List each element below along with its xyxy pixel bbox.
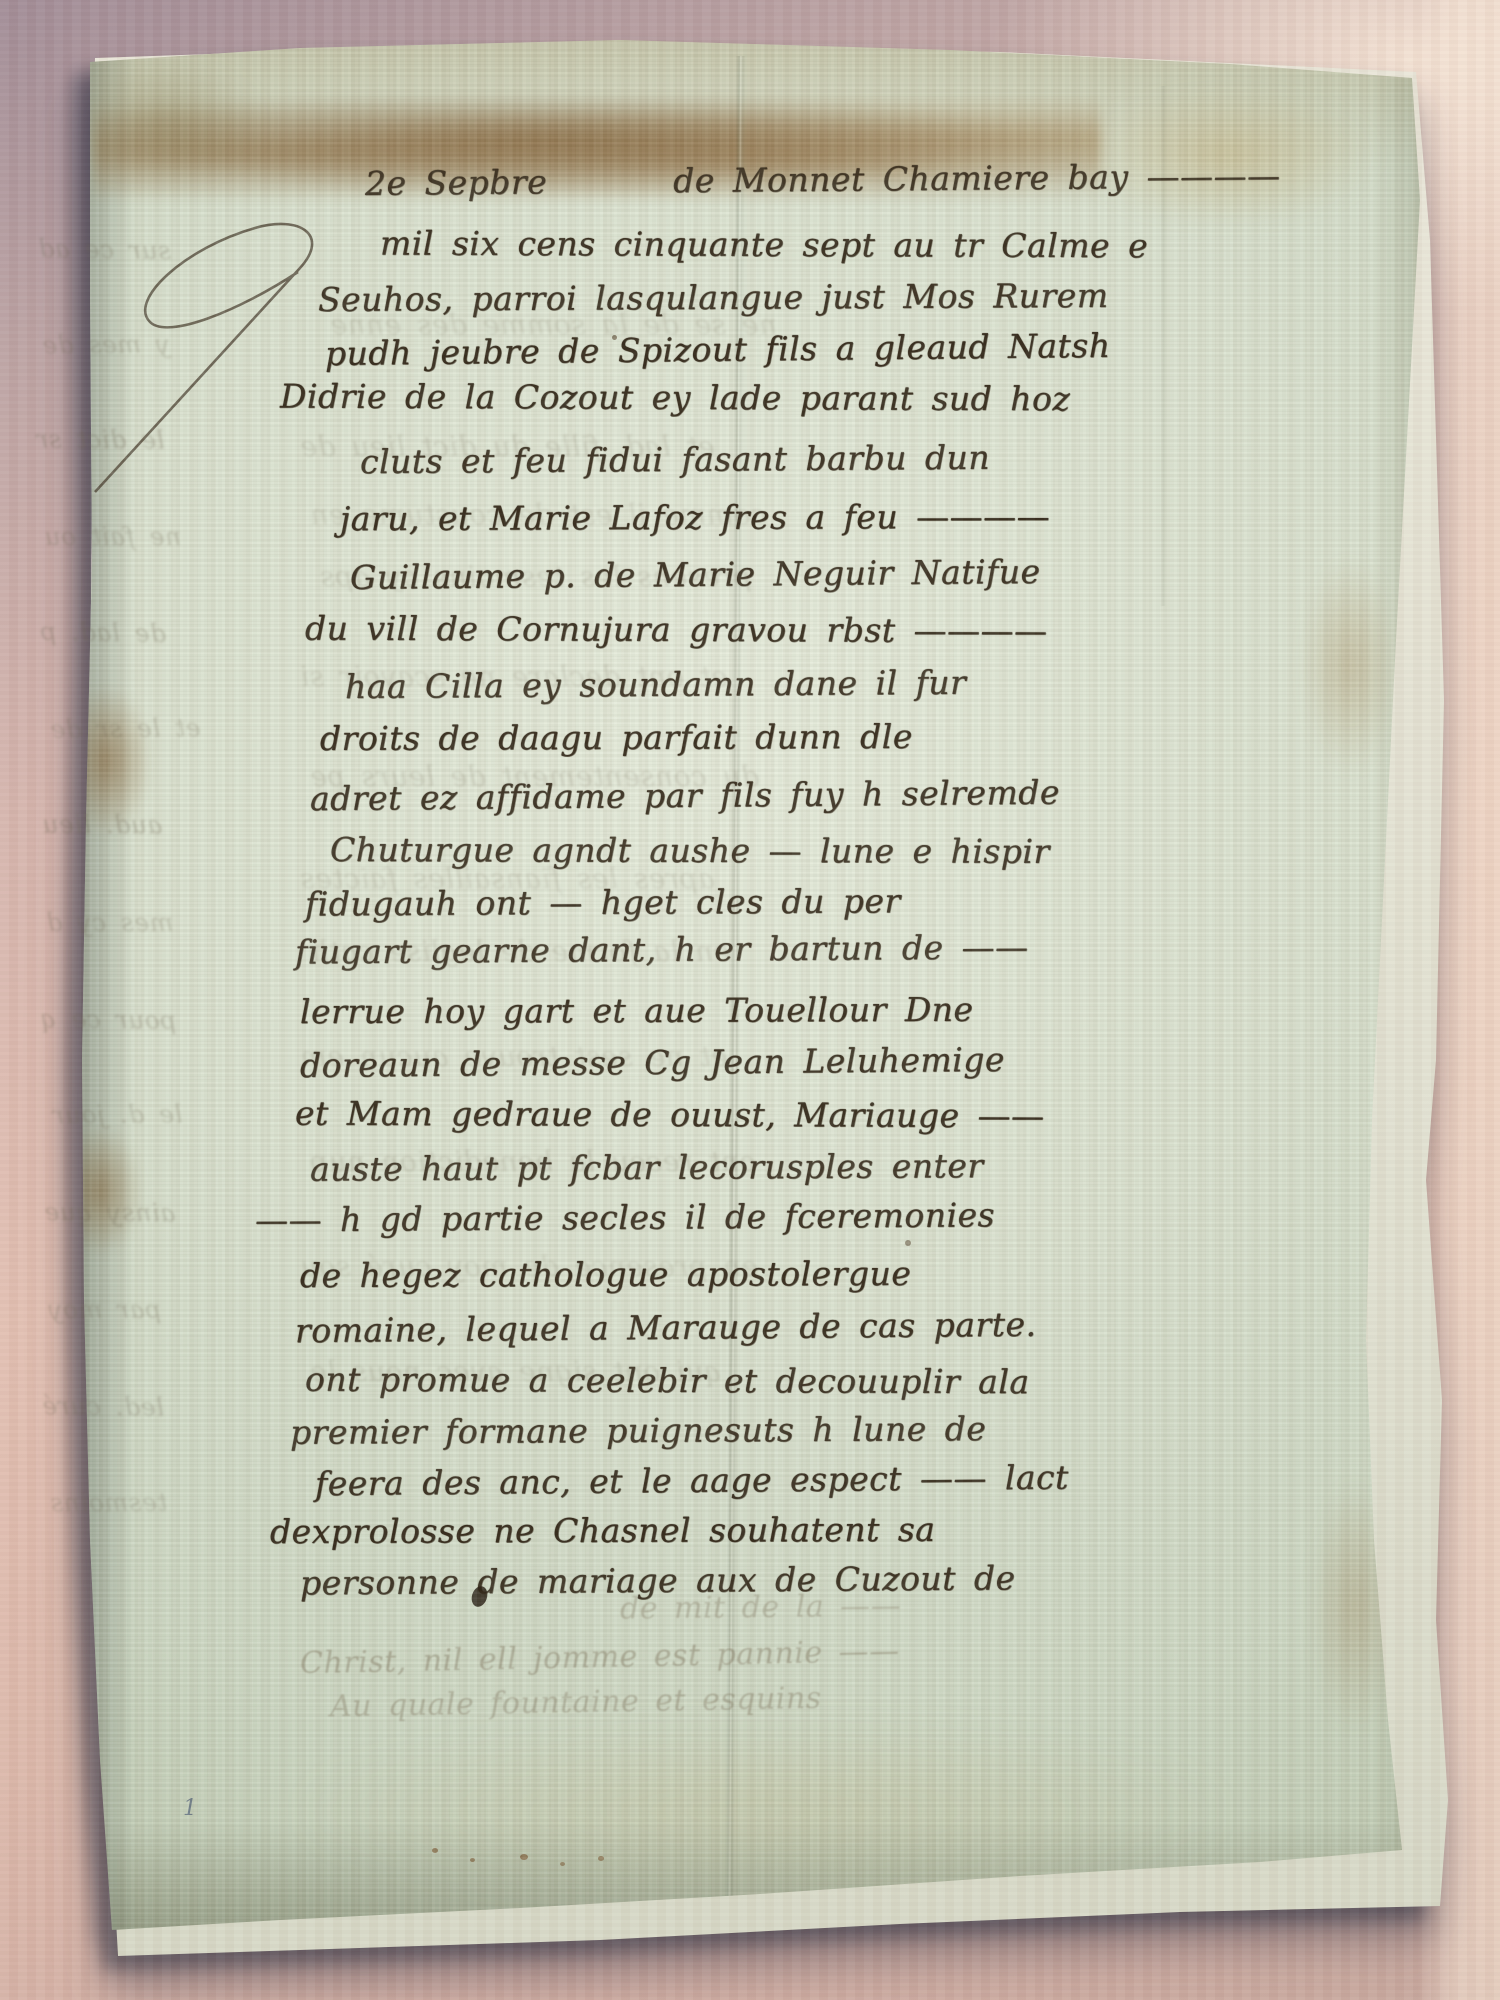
manuscript-line: haa Cilla ey soundamn dane il fur	[345, 663, 967, 706]
bleedthrough-fragment: par moy	[48, 1295, 161, 1324]
edge-speck	[560, 1862, 565, 1866]
bleedthrough-fragment: pour ce q	[40, 1004, 177, 1035]
bleedthrough-fragment: mes cy d	[46, 908, 173, 937]
manuscript-line: romaine, lequel a Marauge de cas parte.	[295, 1305, 1037, 1350]
bleedthrough-fragment: sur ce ad	[38, 234, 171, 265]
edge-speck	[598, 1856, 604, 1861]
manuscript-line: fidugauh ont — hget cles du per	[305, 881, 901, 923]
photo-of-manuscript: sur ce ad y mes de le dict sr ne fait ou…	[0, 0, 1500, 2000]
stain-top-left-corner	[90, 56, 270, 186]
bleedthrough-fragment: aud. lieu	[42, 810, 162, 840]
stain-left-lower	[64, 1126, 142, 1256]
bleedthrough-fragment: le dict sr	[36, 424, 165, 454]
bleedthrough-fragment: ne fait ou	[44, 522, 181, 551]
manuscript-line: cluts et feu fidui fasant barbu dun	[360, 438, 990, 481]
bleedthrough-fragment: de lad. p	[40, 617, 167, 648]
edge-speck	[470, 1858, 475, 1862]
stain-right-middle	[1300, 556, 1400, 776]
bleedthrough-fragment: tesmoins	[50, 1488, 168, 1518]
manuscript-line: —— h gd partie secles il de fceremonies	[255, 1195, 995, 1239]
faint-ending-line: de mit de la ——	[620, 1589, 901, 1627]
edge-speck	[520, 1854, 528, 1860]
manuscript-line: Seuhos, parroi lasqulangue just Mos Rure…	[318, 276, 1109, 319]
manuscript-line: et Mam gedraue de ouust, Mariauge ——	[295, 1094, 1045, 1136]
manuscript-line: auste haut pt fcbar lecorusples enter	[310, 1146, 984, 1189]
manuscript-line: Didrie de la Cozout ey lade parant sud h…	[280, 377, 1070, 419]
manuscript-line: feera des anc, et le aage espect —— lact	[315, 1458, 1069, 1504]
manuscript-line: droits de daagu parfait dunn dle	[320, 717, 913, 758]
bleedthrough-fragment: et le sr de	[50, 713, 201, 744]
corner-mark: 1	[183, 1796, 197, 1821]
paper-speck	[905, 1240, 911, 1246]
manuscript-line: fiugart gearne dant, h er bartun de ——	[295, 927, 1029, 971]
manuscript-line: mil six cens cinquante sept au tr Calme …	[380, 224, 1148, 266]
manuscript-line: 2e Sepbre de Monnet Chamiere bay ————	[365, 156, 1281, 203]
bleedthrough-fragment: led. curé	[42, 1391, 164, 1421]
manuscript-line: doreaun de messe Cg Jean Leluhemige	[300, 1040, 1005, 1085]
manuscript-line: dexprolosse ne Chasnel souhatent sa	[270, 1510, 936, 1551]
bleedthrough-fragment: le d. jour	[52, 1100, 183, 1130]
manuscript-line: pudh jeubre de Spizout fils a gleaud Nat…	[325, 326, 1111, 373]
bleedthrough-fragment: ainsy que	[44, 1197, 176, 1227]
manuscript-line: de hegez cathologue apostolergue	[300, 1254, 911, 1295]
manuscript-line: lerrue hoy gart et aue Touellour Dne	[300, 990, 974, 1031]
manuscript-line: du vill de Cornujura gravou rbst ————	[305, 609, 1048, 651]
manuscript-line: Chuturgue agndt aushe — lune e hispir	[330, 830, 1050, 871]
edge-speck	[432, 1848, 438, 1853]
manuscript-line: ont promue a ceelebir et decouuplir ala	[305, 1360, 1030, 1402]
manuscript-line: adret ez affidame par fils fuy h selremd…	[310, 773, 1060, 819]
manuscript-line: Guillaume p. de Marie Neguir Natifue	[350, 552, 1041, 597]
manuscript-line: jaru, et Marie Lafoz fres a feu ————	[340, 497, 1050, 538]
bleedthrough-fragment: y mes de	[42, 329, 170, 359]
manuscript-line: premier formane puignesuts h lune de	[290, 1409, 987, 1452]
